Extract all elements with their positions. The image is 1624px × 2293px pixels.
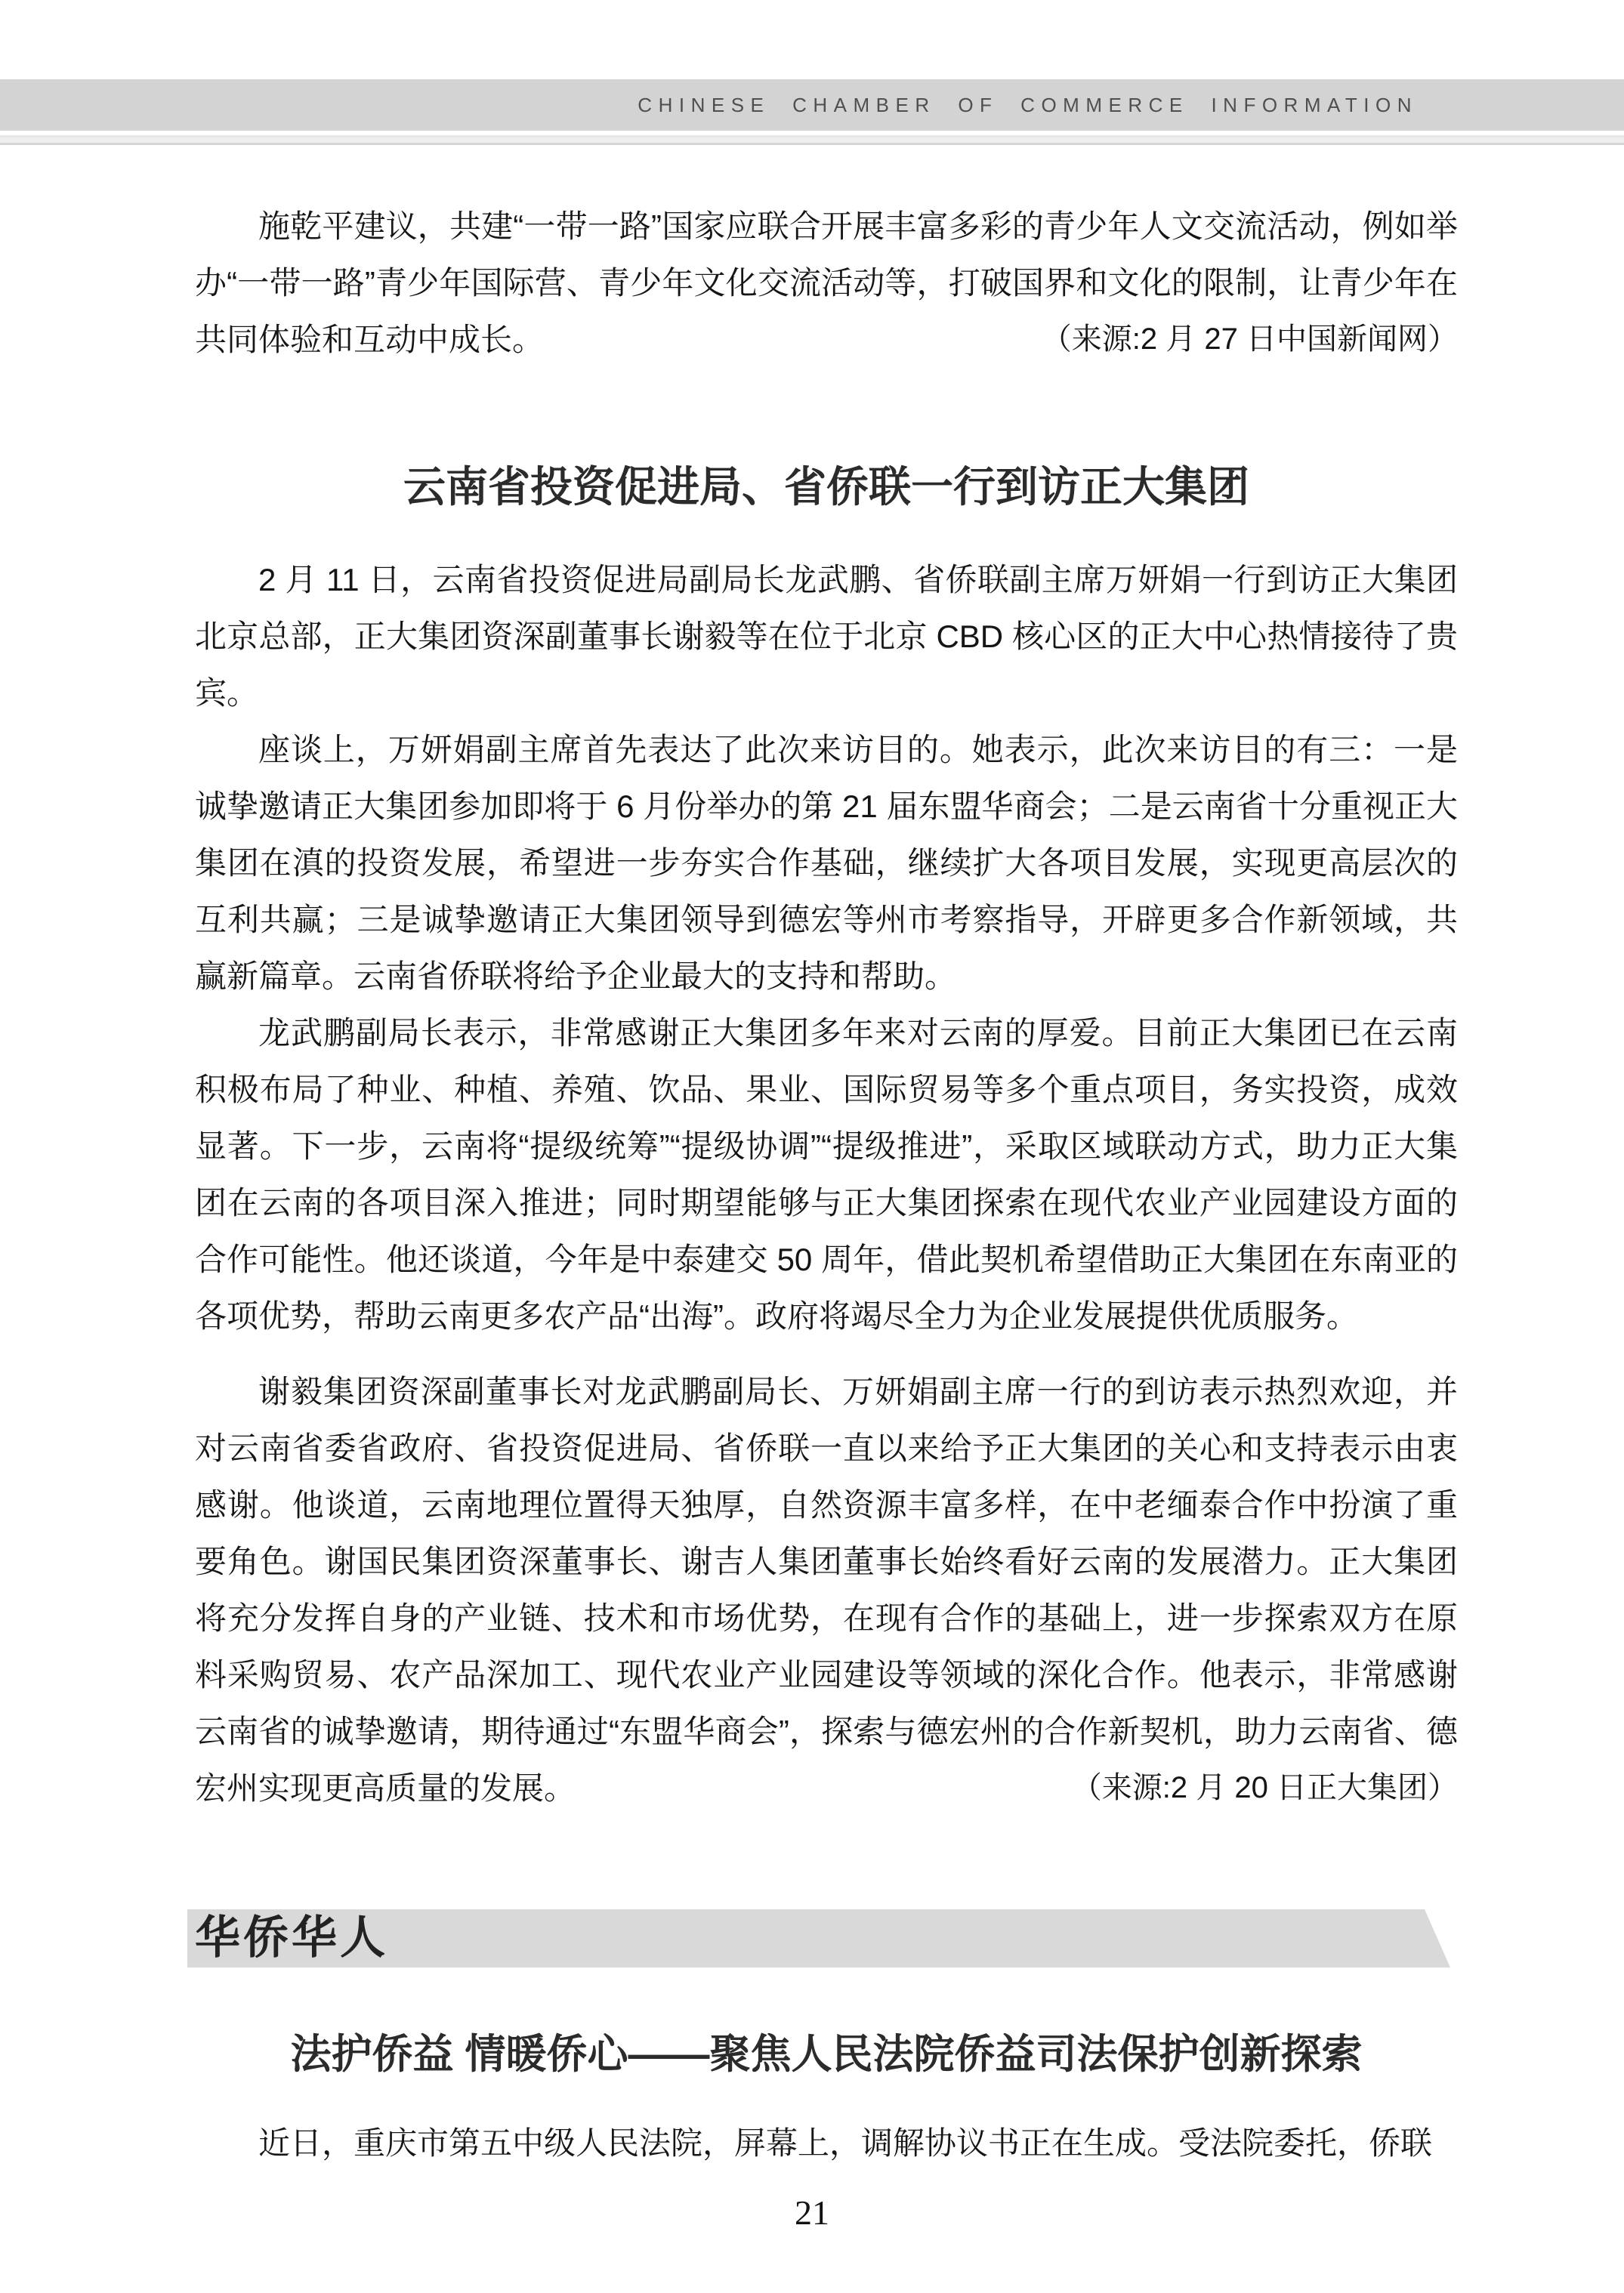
- article2-title: 法护侨益 情暖侨心——聚焦人民法院侨益司法保护创新探索: [195, 2024, 1458, 2085]
- article1-paragraph-4-text: 谢毅集团资深副董事长对龙武鹏副局长、万妍娟副主席一行的到访表示热烈欢迎，并对云南…: [195, 1374, 1458, 1806]
- article1-paragraph-2: 座谈上，万妍娟副主席首先表达了此次来访目的。她表示，此次来访目的有三：一是诚挚邀…: [195, 721, 1458, 1005]
- section-label: 华侨华人: [195, 1909, 388, 1967]
- article1-paragraph-4: 谢毅集团资深副董事长对龙武鹏副局长、万妍娟副主席一行的到访表示热烈欢迎，并对云南…: [195, 1363, 1458, 1816]
- newsletter-page: CHINESE CHAMBER OF COMMERCE INFORMATION …: [0, 0, 1624, 2293]
- article1-title: 云南省投资促进局、省侨联一行到访正大集团: [195, 457, 1458, 517]
- header-divider-rules: [0, 135, 1624, 145]
- header-banner: CHINESE CHAMBER OF COMMERCE INFORMATION: [0, 79, 1624, 131]
- intro-paragraph: 施乾平建议，共建“一带一路”国家应联合开展丰富多彩的青少年人文交流活动，例如举办…: [195, 198, 1458, 368]
- page-content: 施乾平建议，共建“一带一路”国家应联合开展丰富多彩的青少年人文交流活动，例如举办…: [195, 198, 1458, 2171]
- article2-paragraph-1: 近日，重庆市第五中级人民法院，屏幕上，调解协议书正在生成。受法院委托，侨联: [195, 2115, 1458, 2171]
- article1-source-label: （来源:2 月 20 日正大集团）: [1072, 1760, 1458, 1816]
- section-band: 华侨华人: [187, 1909, 1450, 1967]
- article1-paragraph-3: 龙武鹏副局长表示，非常感谢正大集团多年来对云南的厚爱。目前正大集团已在云南积极布…: [195, 1005, 1458, 1344]
- page-number: 21: [0, 2194, 1624, 2232]
- header-banner-text: CHINESE CHAMBER OF COMMERCE INFORMATION: [638, 79, 1418, 131]
- article1-paragraph-1: 2 月 11 日，云南省投资促进局副局长龙武鹏、省侨联副主席万妍娟一行到访正大集…: [195, 551, 1458, 721]
- intro-source-label: （来源:2 月 27 日中国新闻网）: [1042, 311, 1458, 368]
